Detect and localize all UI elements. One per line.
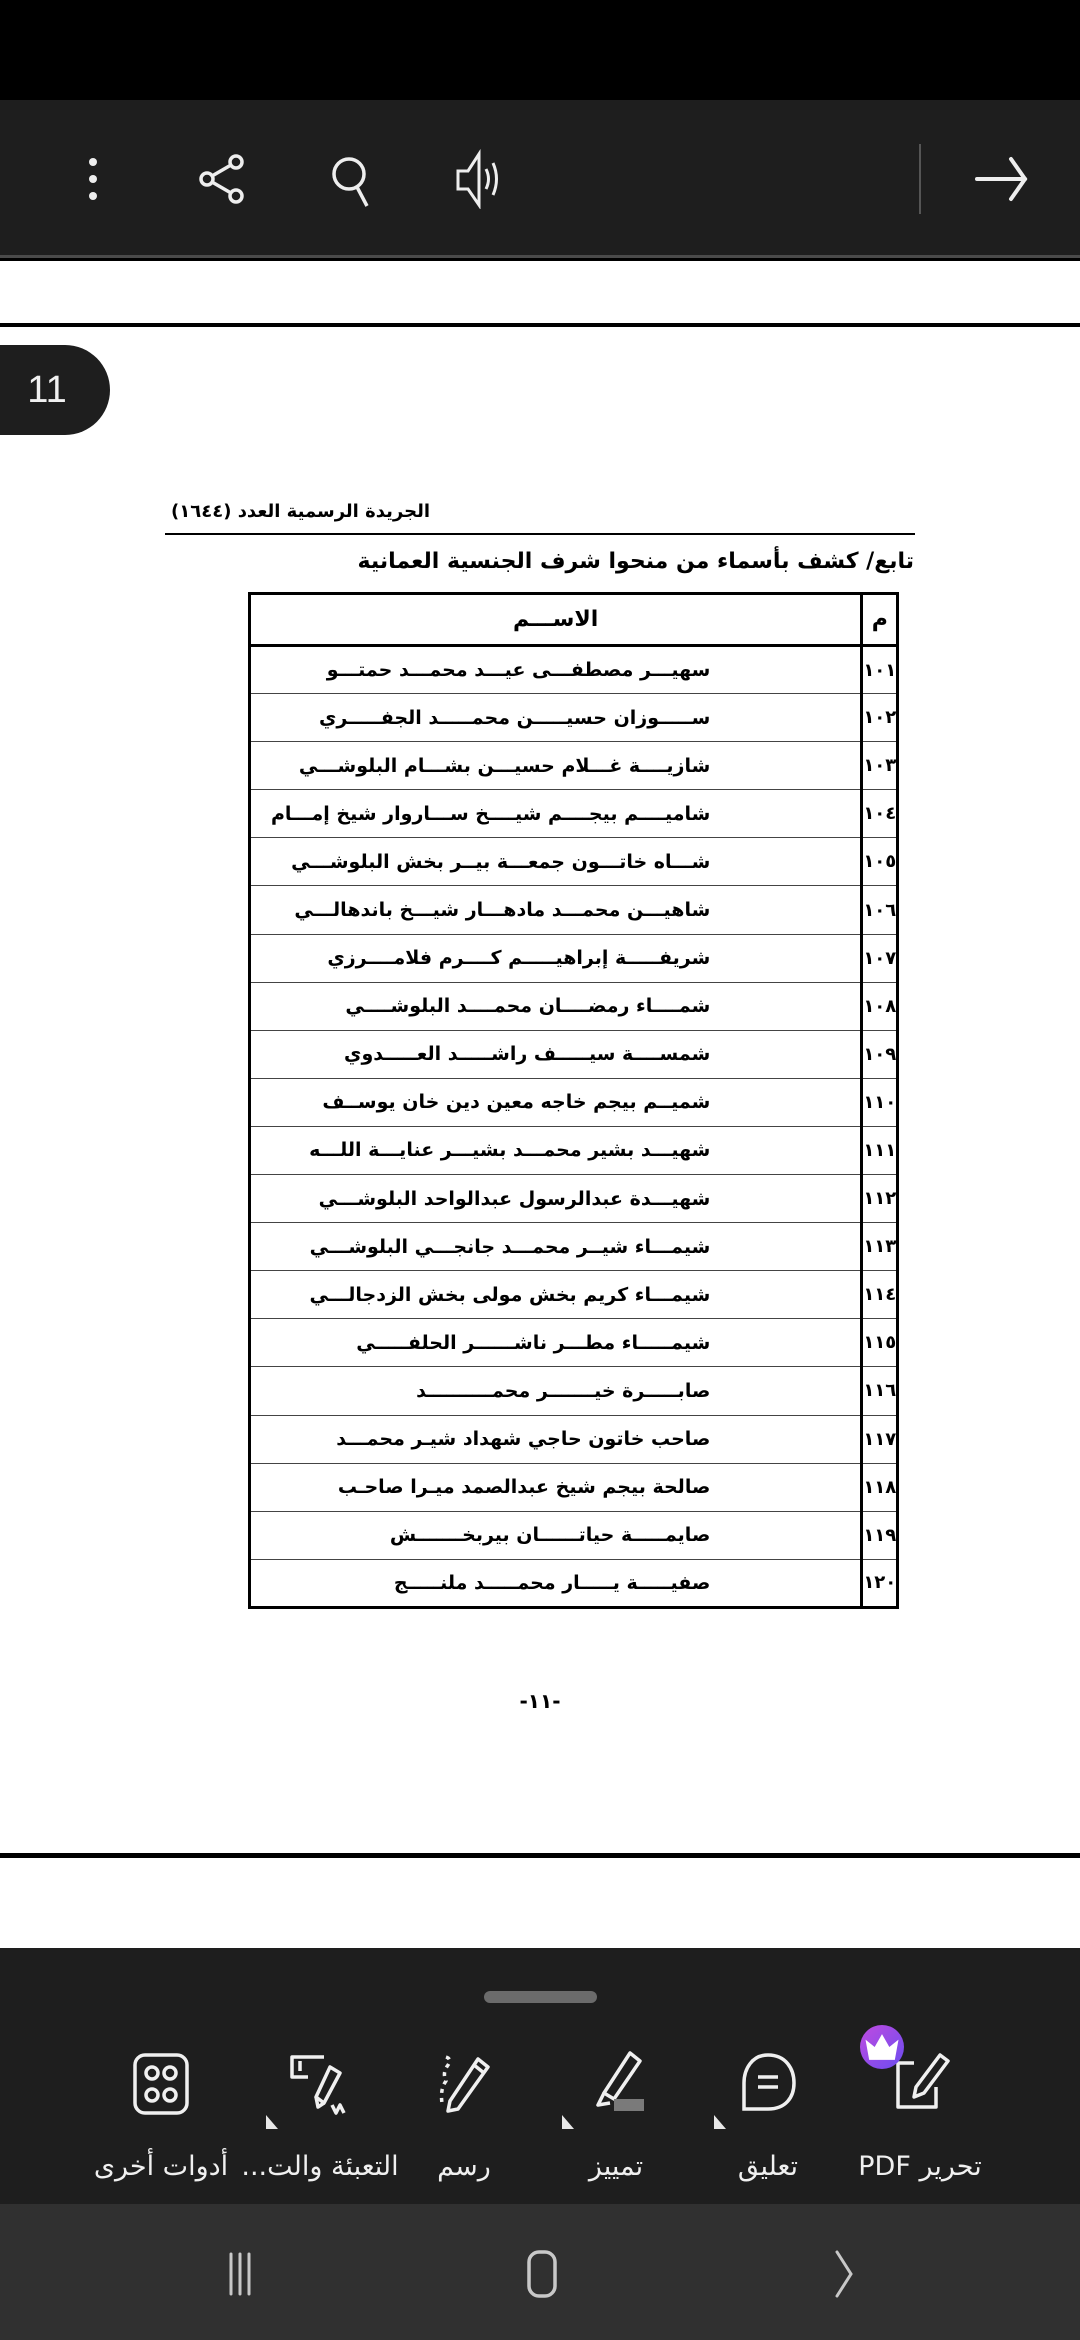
row-name: شيمـــاء كريم بخش مولى بخش الزدجالـــي [250,1271,862,1319]
status-bar [0,0,1080,100]
table-row: ١١٨صالحة بيجم شيخ عبدالصمد ميـرا صاحـب [250,1463,898,1511]
tool-label: تمييز [589,2151,643,2182]
row-name: صالحة بيجم شيخ عبدالصمد ميـرا صاحـب [250,1463,862,1511]
tool-comment[interactable]: تعليق [718,2043,818,2193]
tools-bottom-sheet: تحرير PDF تعليق تمييز رسم التعبئة والت..… [0,1948,1080,2204]
table-row: ١٠٧شريفـــــة إبراهيـــــم كــــرم فلامـ… [250,934,898,982]
search-icon [323,149,383,209]
table-row: ١١٤شيمـــاء كريم بخش مولى بخش الزدجالـــ… [250,1271,898,1319]
table-row: ١٠٤شاميــــم بيجــــم شيــــخ ســـاروار … [250,790,898,838]
back-chevron-icon [815,2244,875,2304]
row-name: شهيـــد بشير محمـــد بشيـــر عنايـــة ال… [250,1126,862,1174]
premium-crown-badge [860,2025,904,2069]
fill-sign-icon [280,2043,360,2123]
crown-icon [860,2011,904,2083]
table-row: ١٠٣شازيــــة غـــلام حسيـــن بشـــام الب… [250,742,898,790]
table-row: ١١٦صابـــــرة خيـــــــر محمــــــــــد [250,1367,898,1415]
tool-label: رسم [437,2151,491,2182]
row-name: شيمـــــاء مطـــر ناشــــــر الحلفـــــي [250,1319,862,1367]
table-header-row: م الاســـم [250,594,898,646]
pdf-page: الجريدة الرسمية العدد (١٦٤٤) تابع/ كشف ب… [0,261,1080,1853]
table-row: ١١٣شيمـــاء شيــر محمـــد جانجـــي البلو… [250,1223,898,1271]
row-number: ١١٦ [862,1367,898,1415]
row-number: ١٠٥ [862,838,898,886]
top-toolbar [0,100,1080,258]
more-tools-grid-icon [121,2043,201,2123]
row-number: ١٠٤ [862,790,898,838]
comment-icon [728,2043,808,2123]
row-number: ١٠٩ [862,1030,898,1078]
forward-button[interactable] [966,144,1036,214]
table-row: ١٠٢ســـــوزان حسيـــــن محمـــــد الجفــ… [250,694,898,742]
more-options-button[interactable] [58,144,128,214]
table-row: ١١٩صايمـــــة حياتــــــان بيربخـــــــش [250,1511,898,1559]
more-options-icon [63,149,123,209]
row-number: ١١٥ [862,1319,898,1367]
row-name: سهيـــر مصطفـــى عيـــد محمـــد حمتـــو [250,646,862,694]
row-name: شاهيـــن محمـــد مادهـــار شيـــخ باندها… [250,886,862,934]
row-name: شازيــــة غـــلام حسيـــن بشـــام البلوش… [250,742,862,790]
tool-label: التعبئة والت... [241,2151,398,2182]
search-button[interactable] [318,144,388,214]
forward-arrow-icon [971,149,1031,209]
gazette-header: الجريدة الرسمية العدد (١٦٤٤) [171,501,430,522]
header-number: م [862,594,898,646]
table-row: ١١١شهيـــد بشير محمـــد بشيـــر عنايـــة… [250,1126,898,1174]
row-number: ١١٠ [862,1078,898,1126]
table-row: ١٠٥شـــاه خاتـــون جمعـــة بيــر بخش الب… [250,838,898,886]
tool-label: تعليق [738,2151,798,2182]
row-number: ١١٤ [862,1271,898,1319]
row-number: ١٠٣ [862,742,898,790]
sheet-drag-handle[interactable] [484,1991,597,2003]
row-number: ١٢٠ [862,1559,898,1607]
table-row: ١٠١سهيـــر مصطفـــى عيـــد محمـــد حمتــ… [250,646,898,694]
row-name: صايمـــــة حياتــــــان بيربخـــــــش [250,1511,862,1559]
table-row: ١١٧صاحب خاتون حاجي شهداد شيـر محمـــد [250,1415,898,1463]
row-number: ١٠٨ [862,982,898,1030]
table-row: ١١٢شهيـــدة عبدالرسول عبدالواحد البلوشــ… [250,1175,898,1223]
system-nav-bar [0,2204,1080,2340]
tool-label: تحرير PDF [858,2151,981,2182]
row-number: ١١٢ [862,1175,898,1223]
header-name: الاســـم [250,594,862,646]
row-name: شهيـــدة عبدالرسول عبدالواحد البلوشـــي [250,1175,862,1223]
share-icon [192,149,252,209]
row-name: شاميــــم بيجــــم شيــــخ ســـاروار شيخ… [250,790,862,838]
row-name: شريفـــــة إبراهيـــــم كــــرم فلامــــ… [250,934,862,982]
table-row: ١٢٠صفيـــــة يـــــار محمـــــد ملنـــــ… [250,1559,898,1607]
row-name: صاحب خاتون حاجي شهداد شيـر محمـــد [250,1415,862,1463]
row-number: ١٠٦ [862,886,898,934]
row-name: شمــــاء رمضــــان محمــــد البلوشــــي [250,982,862,1030]
row-number: ١١٩ [862,1511,898,1559]
tool-edit-pdf[interactable]: تحرير PDF [852,2043,988,2193]
tool-more-tools[interactable]: أدوات أخرى [96,2043,226,2193]
row-name: شيمـــاء شيــر محمـــد جانجـــي البلوشــ… [250,1223,862,1271]
row-number: ١١١ [862,1126,898,1174]
share-button[interactable] [187,144,257,214]
row-name: شمســــة سيـــــف راشـــــد العـــــدوي [250,1030,862,1078]
page-edge-bottom [0,1853,1080,1858]
draw-pencil-icon [424,2043,504,2123]
tool-draw[interactable]: رسم [414,2043,514,2193]
row-number: ١٠٧ [862,934,898,982]
table-row: ١٠٨شمــــاء رمضــــان محمــــد البلوشـــ… [250,982,898,1030]
row-number: ١١٧ [862,1415,898,1463]
recent-apps-button[interactable] [200,2234,280,2314]
table-row: ١١٠شميــم بيجم خاجه معين دين خان يوســف [250,1078,898,1126]
tool-label: أدوات أخرى [94,2151,228,2182]
toolbar-divider [919,144,921,214]
table-row: ١٠٩شمســــة سيـــــف راشـــــد العـــــد… [250,1030,898,1078]
row-name: صابـــــرة خيـــــــر محمــــــــــد [250,1367,862,1415]
names-table: م الاســـم ١٠١سهيـــر مصطفـــى عيـــد مح… [248,592,899,1609]
row-name: ســـــوزان حسيـــــن محمـــــد الجفـــــ… [250,694,862,742]
tool-fill-sign[interactable]: التعبئة والت... [240,2043,400,2193]
home-icon [512,2244,572,2304]
table-row: ١١٥شيمـــــاء مطـــر ناشــــــر الحلفـــ… [250,1319,898,1367]
row-number: ١٠٢ [862,694,898,742]
row-name: صفيـــــة يـــــار محمـــــد ملنـــــج [250,1559,862,1607]
tool-highlight[interactable]: تمييز [566,2043,666,2193]
submenu-indicator [562,2115,574,2129]
edit-pdf-icon [880,2043,960,2123]
table-row: ١٠٦شاهيـــن محمـــد مادهـــار شيـــخ بان… [250,886,898,934]
header-rule [165,533,915,535]
document-title: تابع/ كشف بأسماء من منحوا شرف الجنسية ال… [358,549,915,574]
submenu-indicator [266,2115,278,2129]
page-indicator-badge[interactable]: 11 [0,345,110,435]
row-name: شميــم بيجم خاجه معين دين خان يوســف [250,1078,862,1126]
pdf-viewer[interactable]: الجريدة الرسمية العدد (١٦٤٤) تابع/ كشف ب… [0,261,1080,1948]
row-number: ١٠١ [862,646,898,694]
row-name: شـــاه خاتـــون جمعـــة بيــر بخش البلوش… [250,838,862,886]
highlighter-icon [576,2043,656,2123]
recent-apps-icon [210,2244,270,2304]
read-aloud-button[interactable] [447,144,517,214]
page-number: -١١- [0,1689,1080,1713]
back-button[interactable] [805,2234,885,2314]
submenu-indicator [714,2115,726,2129]
row-number: ١١٨ [862,1463,898,1511]
read-aloud-icon [452,149,512,209]
row-number: ١١٣ [862,1223,898,1271]
home-button[interactable] [502,2234,582,2314]
